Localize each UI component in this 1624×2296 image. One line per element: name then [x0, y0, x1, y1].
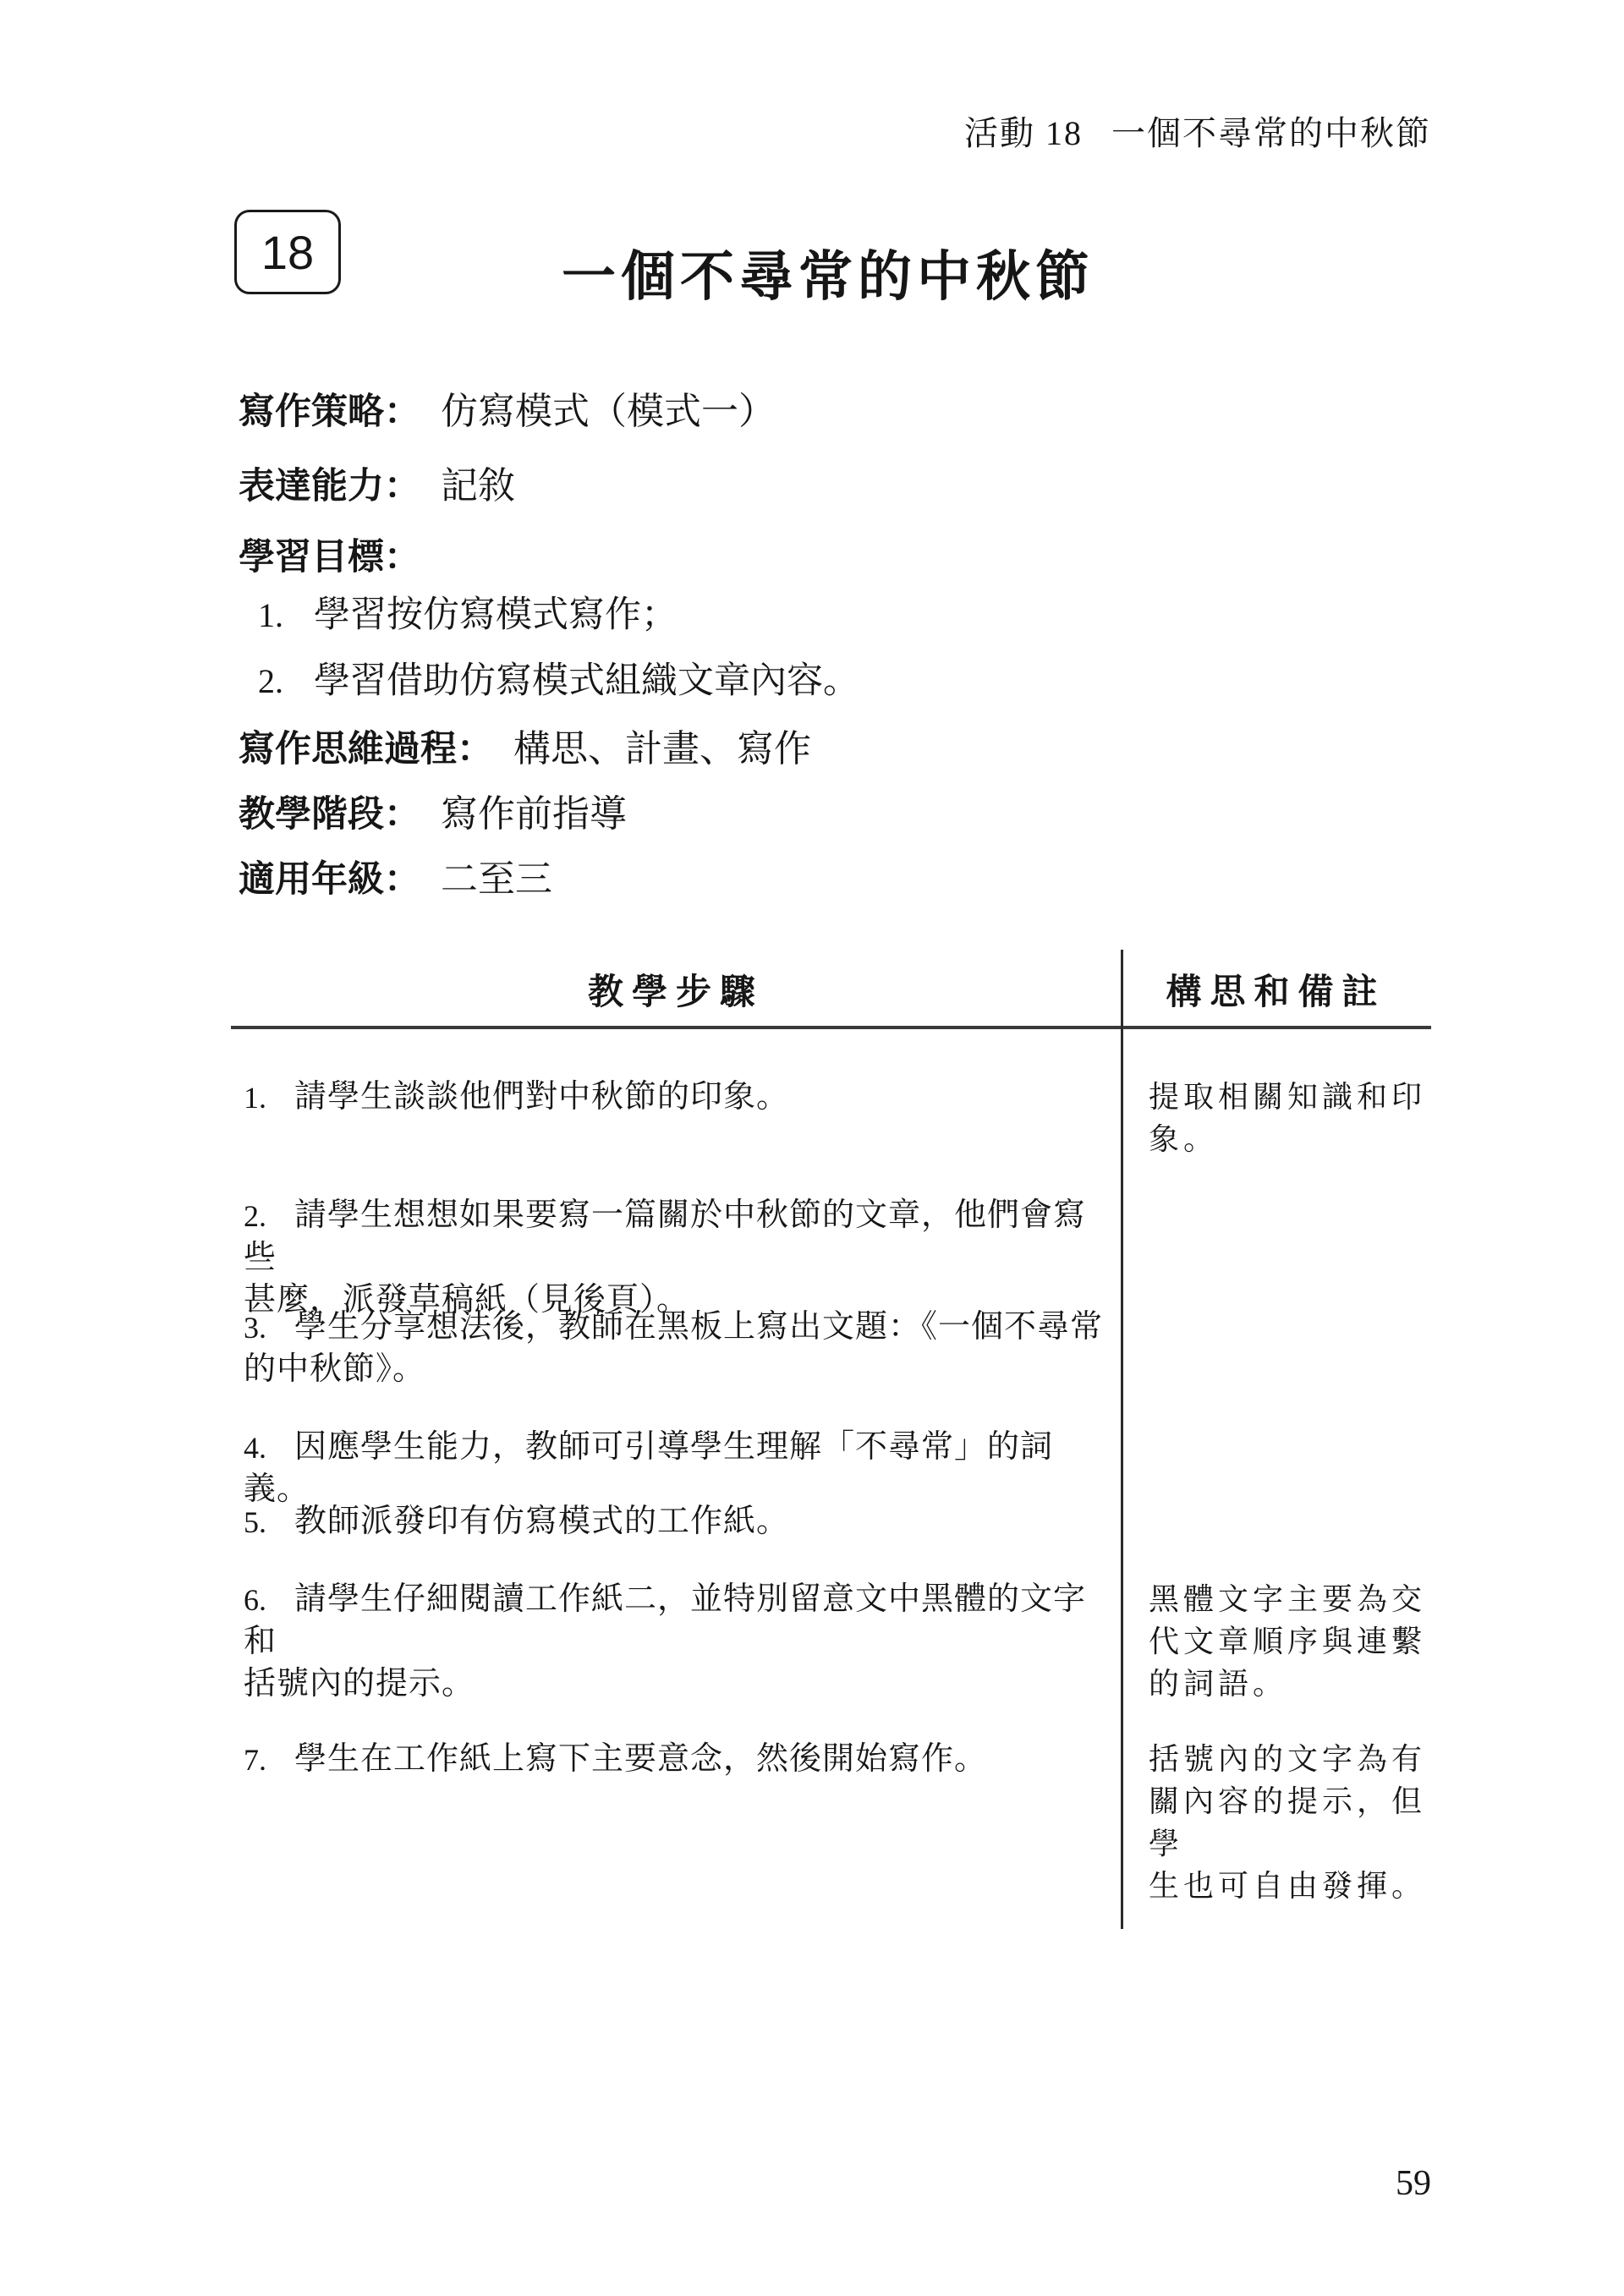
- step-number: 7.: [244, 1739, 266, 1781]
- step-number: 1.: [244, 1077, 266, 1119]
- table-header-rule: [231, 1026, 1431, 1029]
- step-text: 學生分享想法後，教師在黑板上寫出文題：《一個不尋常 的中秋節》。: [244, 1309, 1103, 1387]
- step-row: 2. 請學生想想如果要寫一篇關於中秋節的文章，他們會寫些 甚麼，派發草稿紙（見後…: [244, 1194, 1115, 1321]
- note-cell: 括號內的文字為有 關內容的提示，但學 生也可自由發揮。: [1149, 1738, 1446, 1907]
- note-cell: 黑體文字主要為交 代文章順序與連繫 的詞語。: [1149, 1578, 1446, 1705]
- note-cell: 提取相關知識和印 象。: [1149, 1076, 1446, 1160]
- step-row: 3. 學生分享想法後，教師在黑板上寫出文題：《一個不尋常 的中秋節》。: [244, 1306, 1115, 1390]
- step-row: 4. 因應學生能力，教師可引導學生理解「不尋常」的詞義。: [244, 1426, 1115, 1510]
- running-header-title: 一個不尋常的中秋節: [1111, 107, 1431, 155]
- step-text: 請學生想想如果要寫一篇關於中秋節的文章，他們會寫些 甚麼，派發草稿紙（見後頁）。: [244, 1197, 1086, 1318]
- column-header-steps: 教學步驟: [231, 964, 1121, 1015]
- stage-label: 教學階段：: [239, 794, 420, 835]
- page-number: 59: [1396, 2163, 1431, 2204]
- running-header-activity: 活動 18: [964, 107, 1083, 155]
- step-text: 教師派發印有仿寫模式的工作紙。: [294, 1504, 789, 1539]
- step-text: 請學生談談他們對中秋節的印象。: [294, 1079, 789, 1115]
- process-value: 構思、計畫、寫作: [513, 728, 811, 770]
- step-text: 學生在工作紙上寫下主要意念，然後開始寫作。: [294, 1741, 987, 1777]
- objective-item: 1.學習按仿寫模式寫作；: [258, 586, 678, 638]
- strategy-label: 寫作策略：: [239, 392, 420, 432]
- activity-number-badge: 18: [234, 210, 341, 294]
- grade-value: 二至三: [441, 858, 552, 900]
- running-header: 活動 18 一個不尋常的中秋節: [964, 107, 1431, 155]
- meta-row-grade: 適用年級：二至三: [239, 848, 552, 902]
- goal-label: 學習目標：: [239, 537, 420, 578]
- process-label: 寫作思維過程：: [239, 729, 493, 770]
- step-number: 2.: [244, 1195, 266, 1237]
- column-header-notes: 構思和備註: [1121, 964, 1431, 1015]
- meta-row-strategy: 寫作策略：仿寫模式（模式一）: [239, 381, 776, 435]
- meta-row-process: 寫作思維過程：構思、計畫、寫作: [239, 718, 811, 772]
- objective-item: 2.學習借助仿寫模式組織文章內容。: [258, 652, 859, 704]
- ability-value: 記敘: [441, 465, 515, 507]
- step-number: 5.: [244, 1501, 266, 1543]
- grade-label: 適用年級：: [239, 859, 420, 900]
- step-text: 因應學生能力，教師可引導學生理解「不尋常」的詞義。: [244, 1429, 1053, 1507]
- ability-label: 表達能力：: [239, 466, 420, 507]
- step-row: 5. 教師派發印有仿寫模式的工作紙。: [244, 1500, 1115, 1543]
- stage-value: 寫作前指導: [441, 793, 627, 835]
- step-row: 1. 請學生談談他們對中秋節的印象。: [244, 1076, 1115, 1118]
- strategy-value: 仿寫模式（模式一）: [441, 391, 776, 432]
- table-column-divider: [1121, 950, 1123, 1929]
- objective-text: 學習借助仿寫模式組織文章內容。: [314, 661, 859, 701]
- step-number: 3.: [244, 1307, 266, 1349]
- step-number: 4.: [244, 1427, 266, 1469]
- step-number: 6.: [244, 1579, 266, 1621]
- page-title: 一個不尋常的中秋節: [562, 233, 1095, 311]
- document-page: 活動 18 一個不尋常的中秋節 18 一個不尋常的中秋節 寫作策略：仿寫模式（模…: [0, 0, 1624, 2296]
- objective-number: 1.: [258, 595, 314, 635]
- meta-row-goal: 學習目標：: [239, 529, 420, 580]
- step-text: 請學生仔細閱讀工作紙二，並特別留意文中黑體的文字和 括號內的提示。: [244, 1581, 1086, 1701]
- step-row: 7. 學生在工作紙上寫下主要意念，然後開始寫作。: [244, 1738, 1115, 1780]
- step-row: 6. 請學生仔細閱讀工作紙二，並特別留意文中黑體的文字和 括號內的提示。: [244, 1578, 1115, 1705]
- objective-text: 學習按仿寫模式寫作；: [314, 595, 678, 635]
- meta-row-ability: 表達能力：記敘: [239, 455, 515, 509]
- activity-number: 18: [261, 225, 314, 280]
- objective-number: 2.: [258, 661, 314, 701]
- meta-row-stage: 教學階段：寫作前指導: [239, 783, 627, 837]
